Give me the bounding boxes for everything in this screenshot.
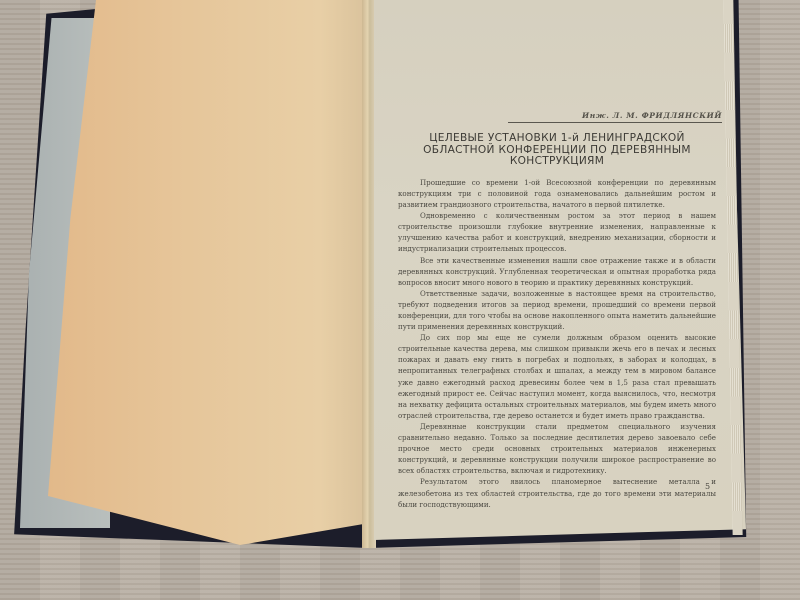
- paragraph: Одновременно с количественным ростом за …: [398, 210, 716, 254]
- paragraph: Прошедшие со времени 1-ой Всесоюзной кон…: [398, 177, 716, 210]
- paragraph: Деревянные конструкции стали предметом с…: [398, 421, 716, 476]
- paragraph: До сих пор мы еще не сумели должным обра…: [398, 332, 716, 421]
- author-line: Инж. Л. М. ФРИДЛЯНСКИЙ: [508, 110, 722, 123]
- article-text: Инж. Л. М. ФРИДЛЯНСКИЙ ЦЕЛЕВЫЕ УСТАНОВКИ…: [398, 110, 716, 510]
- paragraph: Все эти качественные изменения нашли сво…: [398, 255, 716, 288]
- article-title: ЦЕЛЕВЫЕ УСТАНОВКИ 1-й ЛЕНИНГРАДСКОЙ ОБЛА…: [398, 133, 716, 168]
- left-page-blank: [48, 0, 368, 545]
- paragraph: Ответственные задачи, возложенные в наст…: [398, 288, 716, 332]
- page-number: 5: [705, 482, 710, 491]
- book-gutter: [362, 0, 376, 548]
- paragraph: Результатом этого явилось планомерное вы…: [398, 476, 716, 509]
